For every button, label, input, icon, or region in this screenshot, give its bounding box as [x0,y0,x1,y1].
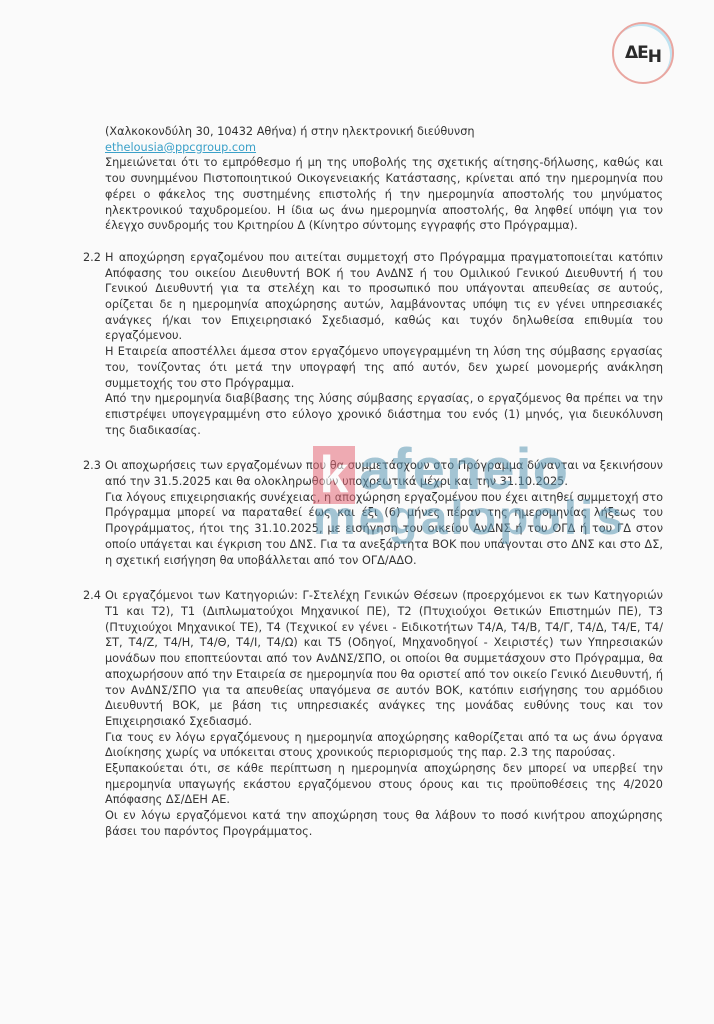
section-paragraph: Για τους εν λόγω εργαζόμενους η ημερομην… [105,730,663,761]
dei-logo: ΔΕΗ [612,22,674,84]
logo-text-main: ΔΕ [625,43,648,63]
email-link[interactable]: ethelousia@ppcgroup.com [105,141,256,154]
section-2-4: 2.4 Οι εργαζόμενοι των Κατηγοριών: Γ-Στε… [105,588,663,839]
section-paragraph: Η Εταιρεία αποστέλλει άμεσα στον εργαζόμ… [105,344,663,391]
section-paragraph: Εξυπακούεται ότι, σε κάθε περίπτωση η ημ… [105,761,663,808]
section-paragraph: Για λόγους επιχειρησιακής συνέχειας, η α… [105,490,663,569]
logo-text-sub: Η [648,47,661,67]
email-line: ethelousia@ppcgroup.com [105,140,663,156]
section-paragraph: Η αποχώρηση εργαζομένου που αιτείται συμ… [105,250,663,344]
section-2-3: 2.3 Οι αποχωρήσεις των εργαζομένων που θ… [105,458,663,568]
section-paragraph: Οι εργαζόμενοι των Κατηγοριών: Γ-Στελέχη… [105,588,663,729]
address-line: (Χαλκοκονδύλη 30, 10432 Αθήνα) ή στην ηλ… [105,124,663,140]
section-paragraph: Οι εν λόγω εργαζόμενοι κατά την αποχώρησ… [105,808,663,839]
section-number: 2.3 [83,458,101,474]
section-2-2: 2.2 Η αποχώρηση εργαζομένου που αιτείται… [105,250,663,438]
section-paragraph: Οι αποχωρήσεις των εργαζομένων που θα συ… [105,458,663,489]
section-number: 2.4 [83,588,101,604]
section-number: 2.2 [83,250,101,266]
section-paragraph: Από την ημερομηνία διαβίβασης της λύσης … [105,391,663,438]
submission-note: Σημειώνεται ότι το εμπρόθεσμο ή μη της υ… [105,155,663,234]
document-page: (Χαλκοκονδύλη 30, 10432 Αθήνα) ή στην ηλ… [105,124,663,840]
